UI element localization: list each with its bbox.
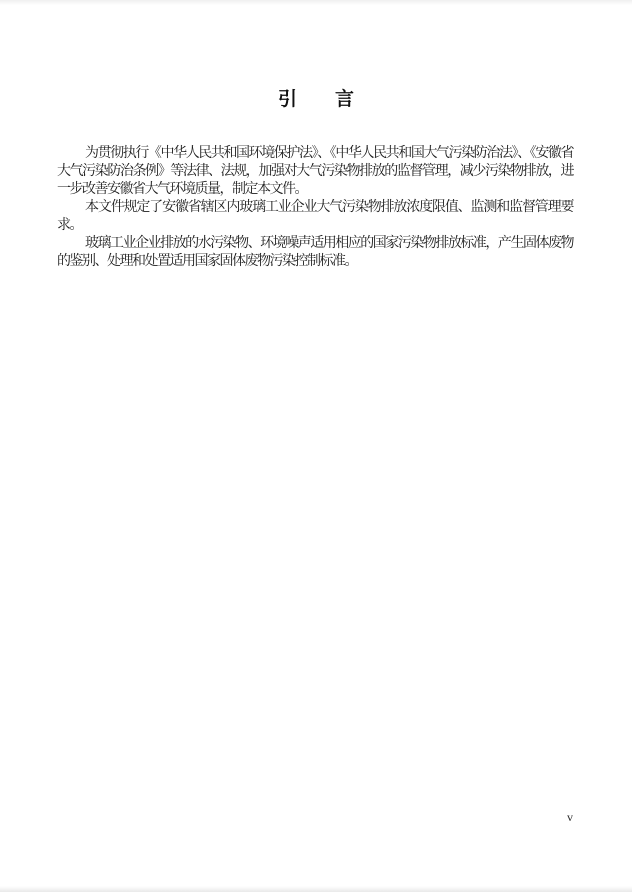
- section-title: 引 言: [0, 89, 632, 111]
- paragraph: 为贯彻执行《中华人民共和国环境保护法》、《中华人民共和国大气污染防治法》、《安徽…: [57, 145, 573, 199]
- document-body: 为贯彻执行《中华人民共和国环境保护法》、《中华人民共和国大气污染防治法》、《安徽…: [57, 145, 573, 271]
- document-page: 引 言 为贯彻执行《中华人民共和国环境保护法》、《中华人民共和国大气污染防治法》…: [0, 0, 632, 892]
- paragraph: 玻璃工业企业排放的水污染物、环境噪声适用相应的国家污染物排放标准，产生固体废物的…: [57, 235, 573, 271]
- page-edge-bottom: [0, 886, 632, 892]
- page-edge-top: [0, 0, 632, 5]
- page-number: v: [0, 810, 573, 824]
- paragraph: 本文件规定了安徽省辖区内玻璃工业企业大气污染物排放浓度限值、监测和监督管理要求。: [57, 199, 573, 235]
